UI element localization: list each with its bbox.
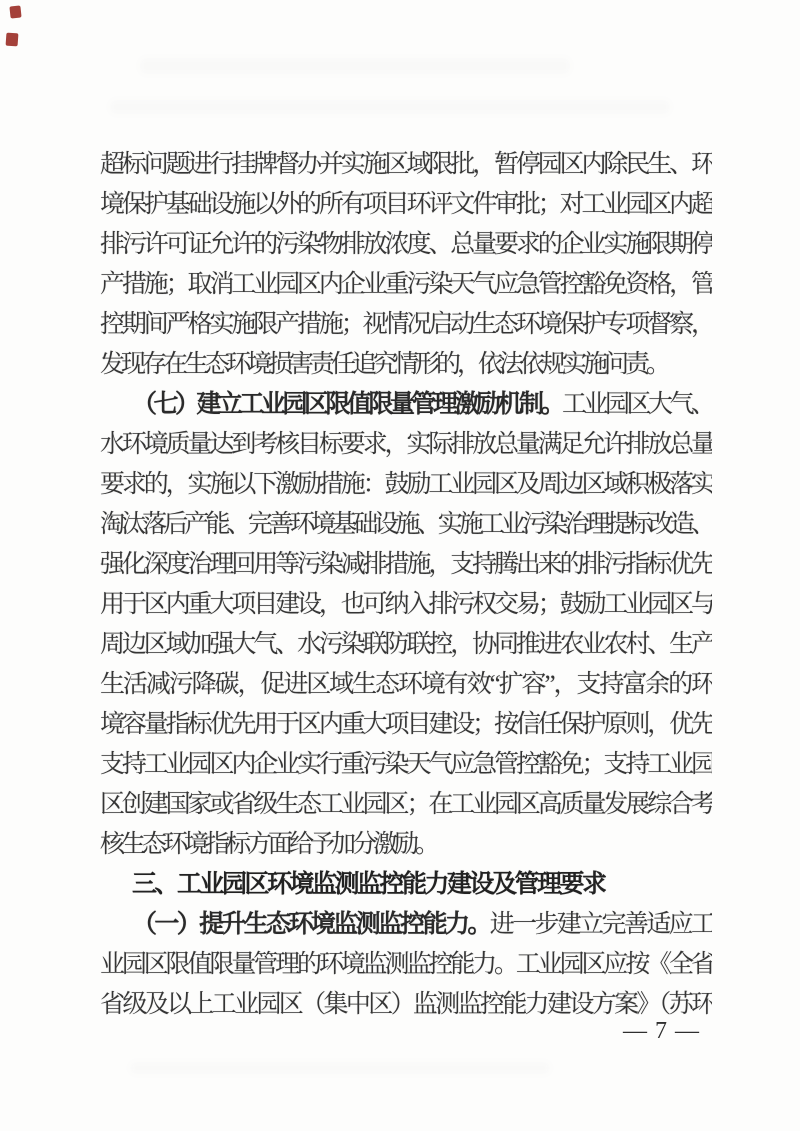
emphasized-text-segment: 三、工业园区环境监测监控能力建设及管理要求 [132, 871, 605, 898]
text-segment: 支持工业园区内企业实行重污染天气应急管控豁免；支持工业园 [100, 751, 712, 778]
text-line: 用于区内重大项目建设，也可纳入排污权交易；鼓励工业园区与 [100, 585, 712, 625]
text-line: 水环境质量达到考核目标要求，实际排放总量满足允许排放总量 [100, 425, 712, 465]
text-line: 境保护基础设施以外的所有项目环评文件审批；对工业园区内超 [100, 185, 712, 225]
text-line: 境容量指标优先用于区内重大项目建设；按信任保护原则，优先 [100, 705, 712, 745]
text-line: 业园区限值限量管理的环境监测监控能力。工业园区应按《全省 [100, 945, 712, 985]
scanned-document-page: 超标问题进行挂牌督办并实施区域限批，暂停园区内除民生、环境保护基础设施以外的所有… [0, 0, 800, 1131]
page-number: — 7 — [623, 1018, 700, 1045]
text-line: 支持工业园区内企业实行重污染天气应急管控豁免；支持工业园 [100, 745, 712, 785]
text-segment: 控期间严格实施限产措施；视情况启动生态环境保护专项督察， [100, 311, 712, 338]
text-line: 淘汰落后产能、完善环境基础设施、实施工业污染治理提标改造、 [100, 505, 712, 545]
text-segment: 用于区内重大项目建设，也可纳入排污权交易；鼓励工业园区与 [100, 591, 712, 618]
red-scan-mark [6, 33, 19, 47]
text-line: 区创建国家或省级生态工业园区；在工业园区高质量发展综合考 [100, 785, 712, 825]
text-segment: 水环境质量达到考核目标要求，实际排放总量满足允许排放总量 [100, 431, 712, 458]
section-heading: 三、工业园区环境监测监控能力建设及管理要求 [100, 865, 712, 905]
text-segment: 进一步建立完善适应工 [490, 911, 712, 938]
text-line: 超标问题进行挂牌督办并实施区域限批，暂停园区内除民生、环 [100, 145, 712, 185]
text-segment: 区创建国家或省级生态工业园区；在工业园区高质量发展综合考 [100, 791, 712, 818]
text-segment: 超标问题进行挂牌督办并实施区域限批，暂停园区内除民生、环 [100, 151, 712, 178]
text-segment: 业园区限值限量管理的环境监测监控能力。工业园区应按《全省 [100, 951, 712, 978]
text-line: （一）提升生态环境监测监控能力。进一步建立完善适应工 [100, 905, 712, 945]
emphasized-text-segment: （七）建立工业园区限值限量管理激励机制。 [132, 391, 562, 418]
text-segment: 省级及以上工业园区（集中区）监测监控能力建设方案》（苏环 [100, 991, 712, 1018]
text-line: 要求的，实施以下激励措施：鼓励工业园区及周边区域积极落实 [100, 465, 712, 505]
document-lines: 超标问题进行挂牌督办并实施区域限批，暂停园区内除民生、环境保护基础设施以外的所有… [100, 145, 712, 1025]
text-line: 产措施；取消工业园区内企业重污染天气应急管控豁免资格，管 [100, 265, 712, 305]
text-segment: 生活减污降碳，促进区域生态环境有效“扩容”，支持富余的环 [100, 671, 712, 698]
text-segment: 发现存在生态环境损害责任追究情形的，依法依规实施问责。 [100, 351, 667, 378]
text-line: 周边区域加强大气、水污染联防联控，协同推进农业农村、生产 [100, 625, 712, 665]
text-segment: 排污许可证允许的污染物排放浓度、总量要求的企业实施限期停 [100, 231, 712, 258]
text-line: 控期间严格实施限产措施；视情况启动生态环境保护专项督察， [100, 305, 712, 345]
text-segment: 淘汰落后产能、完善环境基础设施、实施工业污染治理提标改造、 [100, 511, 712, 538]
text-segment: 核生态环境指标方面给予加分激励。 [100, 831, 436, 858]
text-line: 强化深度治理回用等污染减排措施，支持腾出来的排污指标优先 [100, 545, 712, 585]
scan-bleedthrough-artifact [130, 1062, 550, 1074]
text-segment: 境容量指标优先用于区内重大项目建设；按信任保护原则，优先 [100, 711, 712, 738]
emphasized-text-segment: （一）提升生态环境监测监控能力。 [132, 911, 490, 938]
text-segment: 要求的，实施以下激励措施：鼓励工业园区及周边区域积极落实 [100, 471, 712, 498]
red-scan-mark [9, 5, 21, 18]
text-line: 排污许可证允许的污染物排放浓度、总量要求的企业实施限期停 [100, 225, 712, 265]
text-line: 核生态环境指标方面给予加分激励。 [100, 825, 712, 865]
text-segment: 周边区域加强大气、水污染联防联控，协同推进农业农村、生产 [100, 631, 712, 658]
text-line: 发现存在生态环境损害责任追究情形的，依法依规实施问责。 [100, 345, 712, 385]
text-segment: 产措施；取消工业园区内企业重污染天气应急管控豁免资格，管 [100, 271, 712, 298]
scan-bleedthrough-artifact [110, 100, 670, 114]
text-segment: 境保护基础设施以外的所有项目环评文件审批；对工业园区内超 [100, 191, 712, 218]
text-segment: 工业园区大气、 [562, 391, 712, 418]
text-line: 生活减污降碳，促进区域生态环境有效“扩容”，支持富余的环 [100, 665, 712, 705]
scan-bleedthrough-artifact [140, 58, 570, 74]
text-segment: 强化深度治理回用等污染减排措施，支持腾出来的排污指标优先 [100, 551, 712, 578]
text-line: （七）建立工业园区限值限量管理激励机制。工业园区大气、 [100, 385, 712, 425]
text-line: 省级及以上工业园区（集中区）监测监控能力建设方案》（苏环 [100, 985, 712, 1025]
